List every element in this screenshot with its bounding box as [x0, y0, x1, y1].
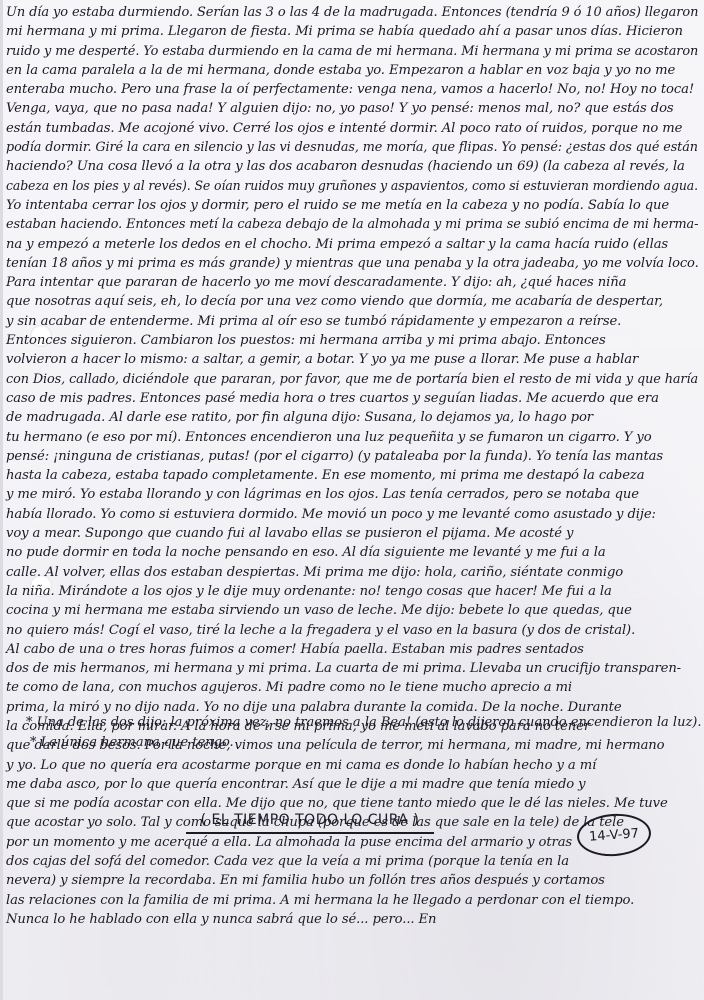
- handwritten-line: hasta la cabeza, estaba tapado completam…: [6, 466, 698, 485]
- handwritten-line: dos cajas del sofá del comedor. Cada vez…: [6, 852, 698, 871]
- handwritten-line: Al cabo de una o tres horas fuimos a com…: [6, 640, 698, 659]
- handwritten-line: Venga, vaya, que no pasa nada! Y alguien…: [6, 99, 698, 118]
- handwritten-line: te como de lana, con muchos agujeros. Mi…: [6, 678, 698, 697]
- handwritten-line: ruido y me desperté. Yo estaba durmiendo…: [6, 42, 698, 61]
- handwritten-line: calle. Al volver, ellas dos estaban desp…: [6, 563, 698, 582]
- handwritten-line: cocina y mi hermana me estaba sirviendo …: [6, 601, 698, 620]
- handwritten-line: haciendo? Una cosa llevó a la otra y las…: [6, 157, 698, 176]
- handwritten-line: de madrugada. Al darle ese ratito, por f…: [6, 408, 698, 427]
- handwritten-line: Nunca lo he hablado con ella y nunca sab…: [6, 910, 698, 929]
- handwritten-line: nevera) y siempre la recordaba. En mi fa…: [6, 871, 698, 890]
- handwritten-line: que si me podía acostar con ella. Me dij…: [6, 794, 698, 813]
- handwritten-line: y me miró. Yo estaba llorando y con lágr…: [6, 485, 698, 504]
- handwritten-line: dos de mis hermanos, mi hermana y mi pri…: [6, 659, 698, 678]
- handwritten-line: podía dormir. Giré la cara en silencio y…: [6, 138, 698, 157]
- handwritten-line: mi hermana y mi prima. Llegaron de fiest…: [6, 22, 698, 41]
- footnote-1: * Una de las dos dijo: la próxima vez, n…: [26, 713, 696, 733]
- handwritten-line: estaban haciendo. Entonces metí la cabez…: [6, 215, 698, 234]
- handwritten-line: me daba asco, por lo que quería encontra…: [6, 775, 698, 794]
- handwritten-line: no quiero más! Cogí el vaso, tiré la lec…: [6, 621, 698, 640]
- handwritten-line: cabeza en los pies y al revés). Se oían …: [6, 177, 698, 196]
- handwritten-line: y sin acabar de entenderme. Mi prima al …: [6, 312, 698, 331]
- closing-title: ( EL TIEMPO TODO LO CURA ): [186, 812, 434, 834]
- handwritten-line: no pude dormir en toda la noche pensando…: [6, 543, 698, 562]
- handwritten-line: Un día yo estaba durmiendo. Serían las 3…: [6, 3, 698, 22]
- handwritten-line: había llorado. Yo como si estuviera dorm…: [6, 505, 698, 524]
- handwritten-line: que nosotras aquí seis, eh, lo decía por…: [6, 292, 698, 311]
- handwritten-line: tu hermano (e eso por mí). Entonces ence…: [6, 428, 698, 447]
- footnote-2: * La única hermana que tengo.: [26, 733, 696, 753]
- handwritten-line: en la cama paralela a la de mi hermana, …: [6, 61, 698, 80]
- handwritten-line: voy a mear. Supongo que cuando fui al la…: [6, 524, 698, 543]
- handwritten-line: tenían 18 años y mi prima es más grande)…: [6, 254, 698, 273]
- footnotes: * Una de las dos dijo: la próxima vez, n…: [26, 713, 696, 753]
- handwritten-line: Para intentar que pararan de hacerlo yo …: [6, 273, 698, 292]
- handwritten-line: las relaciones con la familia de mi prim…: [6, 891, 698, 910]
- handwritten-line: Yo intentaba cerrar los ojos y dormir, p…: [6, 196, 698, 215]
- paper-edge: [0, 0, 3, 1000]
- handwritten-line: la niña. Mirándote a los ojos y le dije …: [6, 582, 698, 601]
- handwritten-body: Un día yo estaba durmiendo. Serían las 3…: [6, 3, 700, 929]
- handwritten-line: están tumbadas. Me acojoné vivo. Cerré l…: [6, 119, 698, 138]
- handwritten-line: caso de mis padres. Entonces pasé media …: [6, 389, 698, 408]
- handwritten-line: Entonces siguieron. Cambiaron los puesto…: [6, 331, 698, 350]
- handwritten-line: volvieron a hacer lo mismo: a saltar, a …: [6, 350, 698, 369]
- handwritten-line: y yo. Lo que no quería era acostarme por…: [6, 756, 698, 775]
- handwritten-line: enteraba mucho. Pero una frase la oí per…: [6, 80, 698, 99]
- handwritten-line: con Dios, callado, diciéndole que parara…: [6, 370, 698, 389]
- handwritten-line: pensé: ¡ninguna de cristianas, putas! (p…: [6, 447, 698, 466]
- handwritten-line: na y empezó a meterle los dedos en el ch…: [6, 235, 698, 254]
